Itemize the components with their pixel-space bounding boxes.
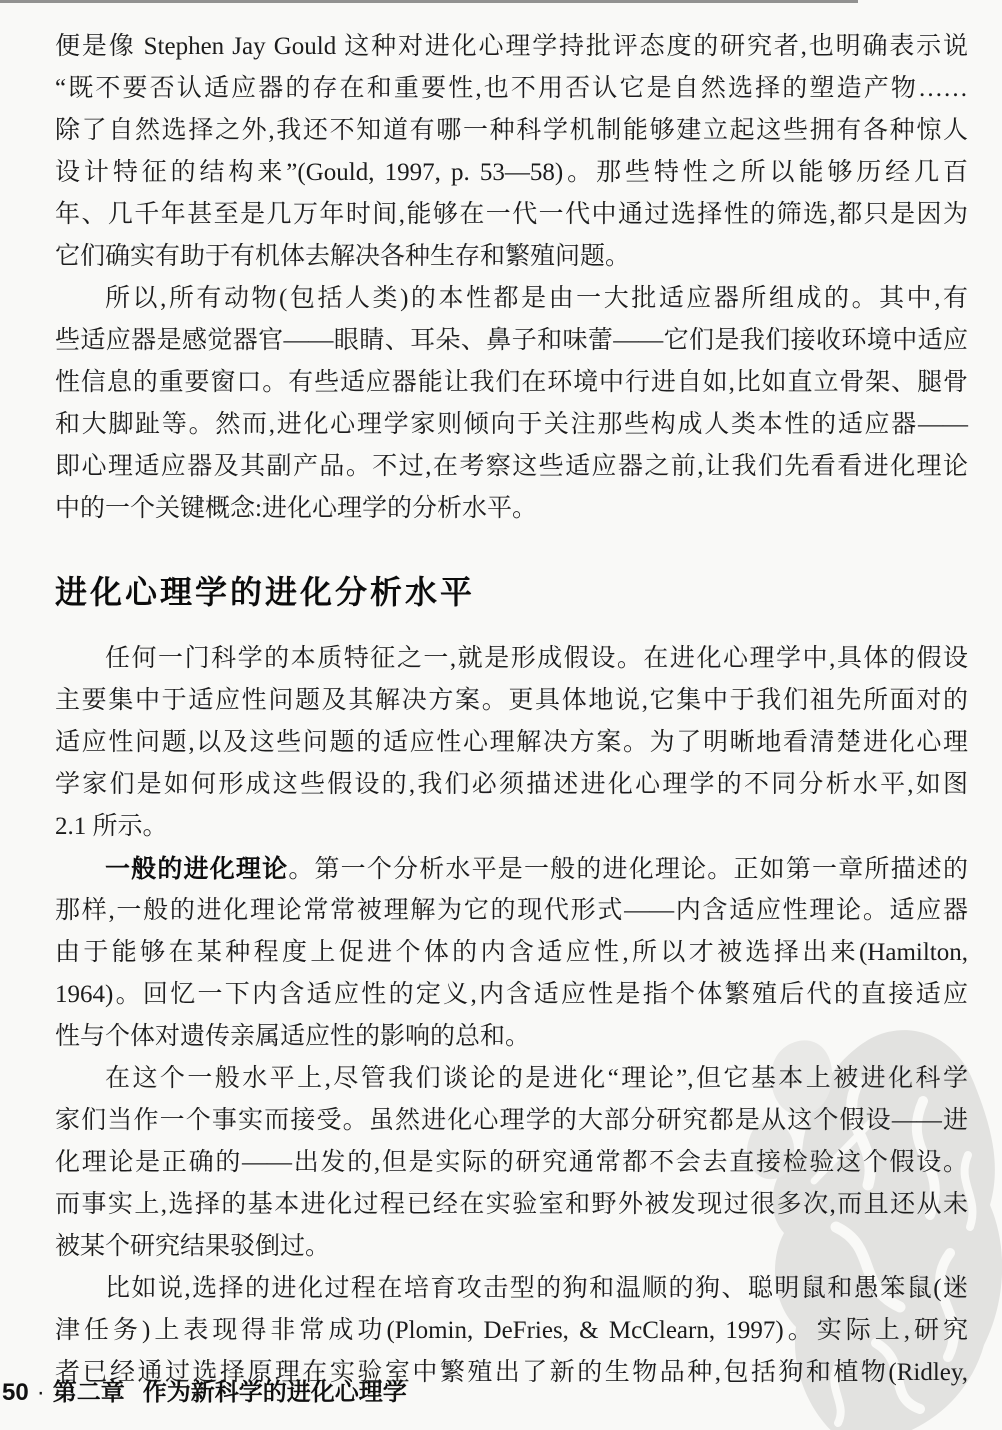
text-line: 津任务)上表现得非常成功(Plomin, DeFries, & McClearn…: [55, 1310, 968, 1352]
text-line: 家们当作一个事实而接受。虽然进化心理学的大部分研究都是从这个假设——进: [55, 1100, 968, 1142]
body-paragraph: 便是像 Stephen Jay Gould 这种对进化心理学持批评态度的研究者,…: [55, 26, 968, 278]
text-line: 那样,一般的进化理论常常被理解为它的现代形式——内含适应性理论。适应器: [55, 890, 968, 932]
paragraph-group-top: 便是像 Stephen Jay Gould 这种对进化心理学持批评态度的研究者,…: [55, 26, 968, 530]
text-line: 性与个体对遗传亲属适应性的影响的总和。: [55, 1016, 968, 1058]
text-line: 便是像 Stephen Jay Gould 这种对进化心理学持批评态度的研究者,…: [55, 26, 968, 68]
page-content: 便是像 Stephen Jay Gould 这种对进化心理学持批评态度的研究者,…: [0, 0, 1002, 1394]
text-line: 被某个研究结果驳倒过。: [55, 1226, 968, 1268]
body-paragraph: 任何一门科学的本质特征之一,就是形成假设。在进化心理学中,具体的假设主要集中于适…: [55, 638, 968, 848]
text-line: 而事实上,选择的基本进化过程已经在实验室和野外被发现过很多次,而且还从未: [55, 1184, 968, 1226]
text-line: 2.1 所示。: [55, 806, 968, 848]
section-heading: 进化心理学的进化分析水平: [55, 572, 968, 612]
text-line: 1964)。回忆一下内含适应性的定义,内含适应性是指个体繁殖后代的直接适应: [55, 974, 968, 1016]
text-line: 即心理适应器及其副产品。不过,在考察这些适应器之前,让我们先看看进化理论: [55, 446, 968, 488]
chapter-title: 作为新科学的进化心理学: [143, 1379, 407, 1406]
text-line: 年、几千年甚至是几万年时间,能够在一代一代中通过选择性的筛选,都只是因为: [55, 194, 968, 236]
text-line: 在这个一般水平上,尽管我们谈论的是进化“理论”,但它基本上被进化科学: [55, 1058, 968, 1100]
book-page: 便是像 Stephen Jay Gould 这种对进化心理学持批评态度的研究者,…: [0, 0, 1002, 1430]
text-line: 一般的进化理论。第一个分析水平是一般的进化理论。正如第一章所描述的: [55, 848, 968, 890]
text-line: 比如说,选择的进化过程在培育攻击型的狗和温顺的狗、聪明鼠和愚笨鼠(迷: [55, 1268, 968, 1310]
text-line: “既不要否认适应器的存在和重要性,也不用否认它是自然选择的塑造产物……: [55, 68, 968, 110]
body-paragraph: 比如说,选择的进化过程在培育攻击型的狗和温顺的狗、聪明鼠和愚笨鼠(迷津任务)上表…: [55, 1268, 968, 1394]
chapter-label: 第二章: [53, 1379, 125, 1406]
text-line: 由于能够在某种程度上促进个体的内含适应性,所以才被选择出来(Hamilton,: [55, 932, 968, 974]
bold-run-in-heading: 一般的进化理论: [105, 855, 288, 883]
body-paragraph: 在这个一般水平上,尽管我们谈论的是进化“理论”,但它基本上被进化科学家们当作一个…: [55, 1058, 968, 1268]
text-line: 和大脚趾等。然而,进化心理学家则倾向于关注那些构成人类本性的适应器——: [55, 404, 968, 446]
text-line: 除了自然选择之外,我还不知道有哪一种科学机制能够建立起这些拥有各种惊人: [55, 110, 968, 152]
text-line: 些适应器是感觉器官——眼睛、耳朵、鼻子和味蕾——它们是我们接收环境中适应: [55, 320, 968, 362]
page-footer: 50·第二章作为新科学的进化心理学: [2, 1378, 407, 1408]
footer-separator: ·: [37, 1379, 45, 1406]
body-paragraph: 一般的进化理论。第一个分析水平是一般的进化理论。正如第一章所描述的那样,一般的进…: [55, 848, 968, 1058]
text-line: 主要集中于适应性问题及其解决方案。更具体地说,它集中于我们祖先所面对的: [55, 680, 968, 722]
text-line: 学家们是如何形成这些假设的,我们必须描述进化心理学的不同分析水平,如图: [55, 764, 968, 806]
text-line: 任何一门科学的本质特征之一,就是形成假设。在进化心理学中,具体的假设: [55, 638, 968, 680]
text-line: 性信息的重要窗口。有些适应器能让我们在环境中行进自如,比如直立骨架、腿骨: [55, 362, 968, 404]
body-paragraph: 所以,所有动物(包括人类)的本性都是由一大批适应器所组成的。其中,有些适应器是感…: [55, 278, 968, 530]
text-line: 所以,所有动物(包括人类)的本性都是由一大批适应器所组成的。其中,有: [55, 278, 968, 320]
text-line: 中的一个关键概念:进化心理学的分析水平。: [55, 488, 968, 530]
text-line: 设计特征的结构来”(Gould, 1997, p. 53—58)。那些特性之所以…: [55, 152, 968, 194]
top-edge-scan-line: [0, 0, 858, 3]
text-line: 它们确实有助于有机体去解决各种生存和繁殖问题。: [55, 236, 968, 278]
text-line: 适应性问题,以及这些问题的适应性心理解决方案。为了明晰地看清楚进化心理: [55, 722, 968, 764]
page-number: 50: [2, 1379, 29, 1406]
paragraph-group-bottom: 任何一门科学的本质特征之一,就是形成假设。在进化心理学中,具体的假设主要集中于适…: [55, 638, 968, 1394]
text-line: 化理论是正确的——出发的,但是实际的研究通常都不会去直接检验这个假设。: [55, 1142, 968, 1184]
